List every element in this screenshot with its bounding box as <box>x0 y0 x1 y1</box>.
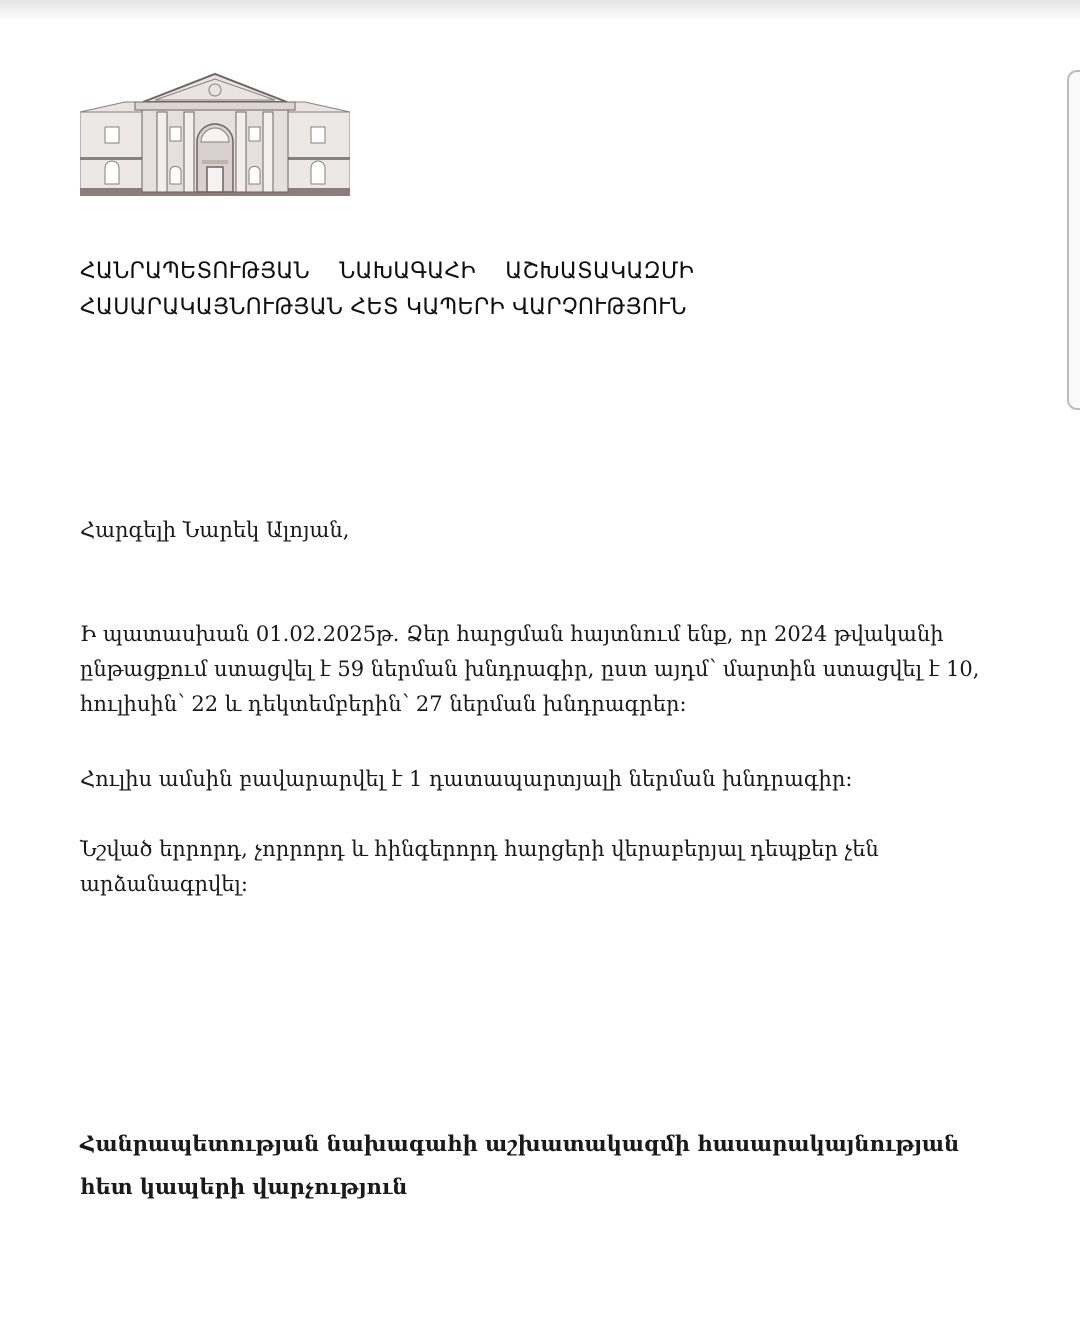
paragraph-petition-granted: Հուլիս ամսին բավարարվել է 1 դատապարտյալի… <box>80 762 980 797</box>
scroll-handle-icon[interactable] <box>1067 70 1080 410</box>
heading-line-2: ՀԱՍԱՐԱԿԱՅՆՈՒԹՅԱՆ ՀԵՏ ԿԱՊԵՐԻ ՎԱՐՉՈՒԹՅՈՒՆ <box>80 290 780 326</box>
paragraph-petitions-received: Ի պատասխան 01.02.2025թ. Ձեր հարցման հայտ… <box>80 617 980 722</box>
paragraph-no-cases: Նշված երրորդ, չորրորդ և հինգերորդ հարցեր… <box>80 832 980 902</box>
salutation: Հարգելի Նարեկ Ալոյան, <box>80 513 349 547</box>
department-heading: ՀԱՆՐԱՊԵՏՈՒԹՅԱՆ ՆԱԽԱԳԱՀԻ ԱՇԽԱՏԱԿԱԶՄԻ ՀԱՍԱ… <box>80 254 780 326</box>
top-shadow <box>0 0 1080 22</box>
document-page: ՀԱՆՐԱՊԵՏՈՒԹՅԱՆ ՆԱԽԱԳԱՀԻ ԱՇԽԱՏԱԿԱԶՄԻ ՀԱՍԱ… <box>0 0 1080 1330</box>
presidential-palace-building-icon <box>80 72 350 202</box>
signature-department: Հանրապետության նախագահի աշխատակազմի հասա… <box>80 1122 960 1208</box>
heading-line-1: ՀԱՆՐԱՊԵՏՈՒԹՅԱՆ ՆԱԽԱԳԱՀԻ ԱՇԽԱՏԱԿԱԶՄԻ <box>80 254 780 290</box>
